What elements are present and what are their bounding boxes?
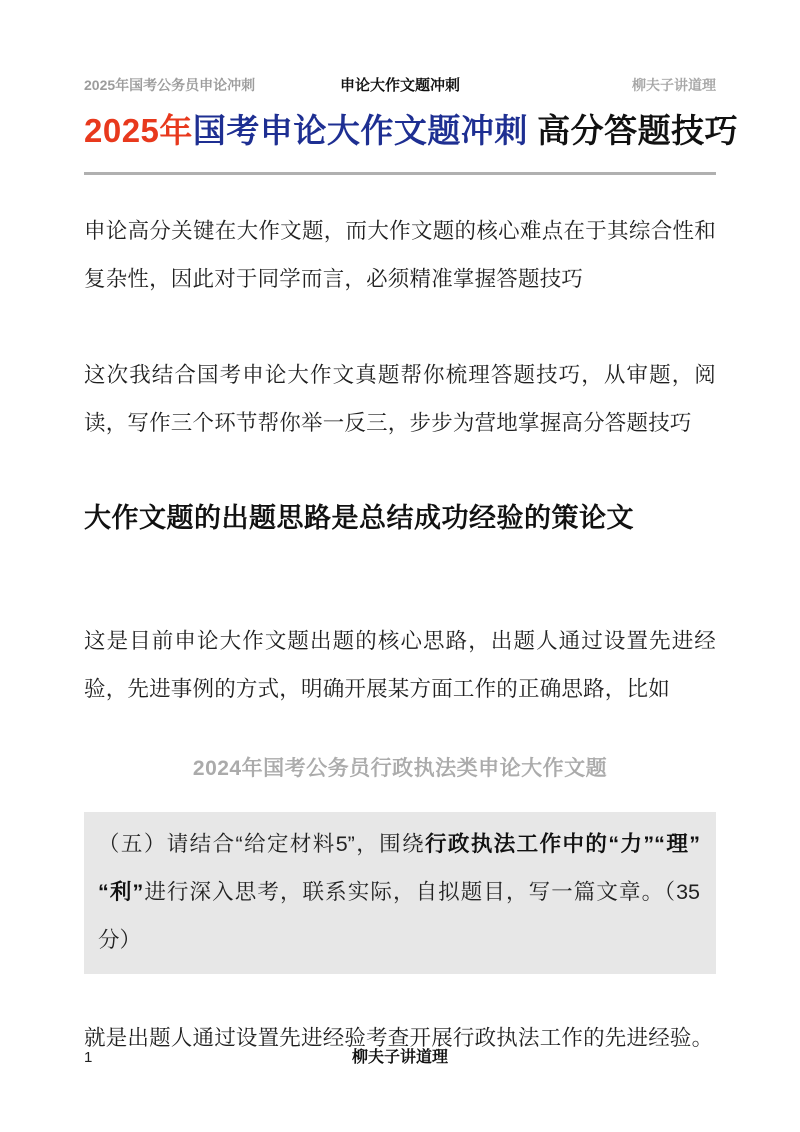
quote-text-pre: （五）请结合“给定材料5”，围绕	[98, 832, 425, 856]
paragraph-core-idea: 这是目前申论大作文题出题的核心思路，出题人通过设置先进经验，先进事例的方式，明确…	[84, 617, 716, 713]
document-page: 2025年国考公务员申论冲刺 申论大作文题冲刺 柳夫子讲道理 2025年国考申论…	[0, 0, 800, 1132]
header-left-text: 2025年国考公务员申论冲刺	[84, 76, 255, 94]
paragraph-method: 这次我结合国考申论大作文真题帮你梳理答题技巧，从审题，阅读，写作三个环节帮你举一…	[84, 351, 716, 447]
page-footer: 1 柳夫子讲道理	[84, 1044, 716, 1067]
quote-text-post: 进行深入思考，联系实际，自拟题目，写一篇文章。（35分）	[98, 880, 700, 952]
page-title-year: 2025年	[84, 112, 193, 149]
section-heading: 大作文题的出题思路是总结成功经验的策论文	[84, 499, 716, 537]
footer-page-number: 1	[84, 1049, 92, 1066]
page-title: 2025年国考申论大作文题冲刺高分答题技巧	[84, 110, 716, 153]
paragraph-intro: 申论高分关键在大作文题，而大作文题的核心难点在于其综合性和复杂性，因此对于同学而…	[84, 207, 716, 303]
header-center-text: 申论大作文题冲刺	[340, 76, 460, 96]
page-header: 2025年国考公务员申论冲刺 申论大作文题冲刺 柳夫子讲道理	[84, 76, 716, 96]
page-title-suffix: 高分答题技巧	[537, 112, 738, 149]
page-title-topic: 国考申论大作文题冲刺	[193, 112, 528, 149]
title-divider	[84, 172, 716, 175]
footer-brand: 柳夫子讲道理	[352, 1044, 448, 1067]
exam-question-quote: （五）请结合“给定材料5”，围绕行政执法工作中的“力”“理”“利”进行深入思考，…	[84, 812, 716, 974]
quote-caption: 2024年国考公务员行政执法类申论大作文题	[84, 747, 716, 791]
header-right-brand: 柳夫子讲道理	[632, 76, 716, 94]
